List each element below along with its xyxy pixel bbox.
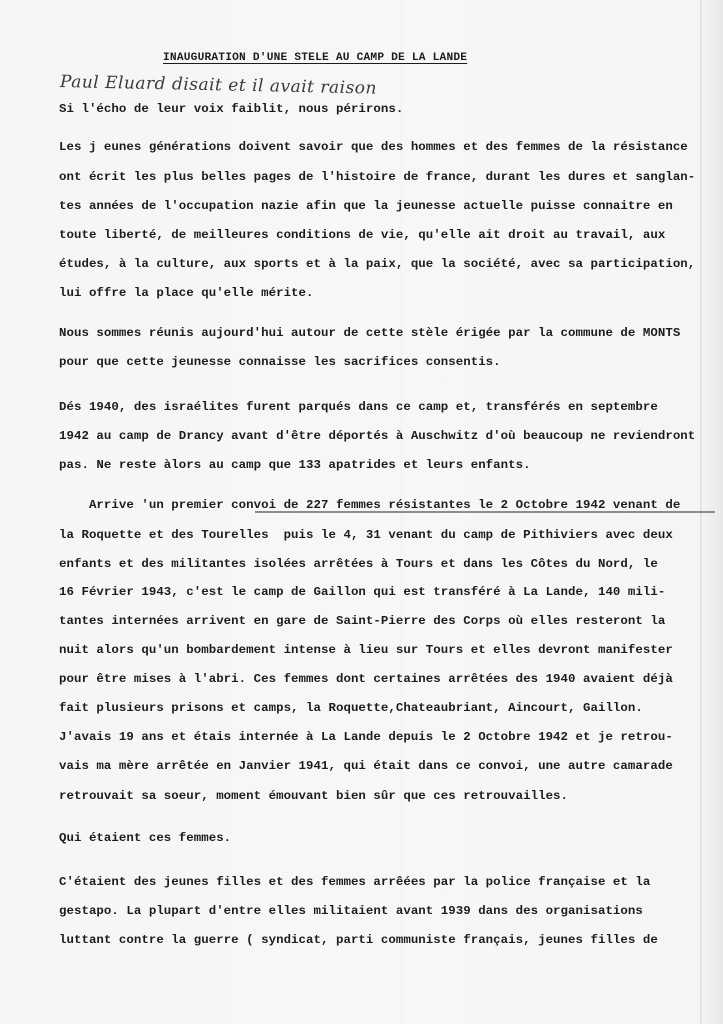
text-line: Si l'écho de leur voix faiblit, nous pér… [59,102,403,116]
text-line: tes années de l'occupation nazie afin qu… [59,199,673,213]
text-line: nuit alors qu'un bombardement intense à … [59,643,673,657]
strikethrough-mark [255,511,715,513]
text-line: Qui étaient ces femmes. [59,831,231,845]
text-line: retrouvait sa soeur, moment émouvant bie… [59,789,568,803]
text-line: 1942 au camp de Drancy avant d'être dépo… [59,429,695,443]
text-line: Dés 1940, des israélites furent parqués … [59,400,658,414]
text-line: J'avais 19 ans et étais internée à La La… [59,730,673,744]
text-line: fait plusieurs prisons et camps, la Roqu… [59,701,643,715]
text-line: tantes internées arrivent en gare de Sai… [59,614,665,628]
text-line: Les j eunes générations doivent savoir q… [59,140,688,154]
text-line: 16 Février 1943, c'est le camp de Gaillo… [59,585,665,599]
text-line: ont écrit les plus belles pages de l'his… [59,170,695,184]
text-line: pour être mises à l'abri. Ces femmes don… [59,672,673,686]
text-line: la Roquette et des Tourelles puis le 4, … [59,528,673,542]
text-line: lui offre la place qu'elle mérite. [59,286,314,300]
handwritten-annotation: Paul Eluard disait et il avait raison [60,72,377,99]
typed-page: INAUGURATION D'UNE STELE AU CAMP DE LA L… [0,0,723,1024]
text-line: pour que cette jeunesse connaisse les sa… [59,355,501,369]
text-line: pas. Ne reste àlors au camp que 133 apat… [59,458,531,472]
text-line: toute liberté, de meilleures conditions … [59,228,665,242]
document-title: INAUGURATION D'UNE STELE AU CAMP DE LA L… [163,52,467,64]
text-line: enfants et des militantes isolées arrêté… [59,557,658,571]
text-line: Nous sommes réunis aujourd'hui autour de… [59,326,680,340]
text-line: vais ma mère arrêtée en Janvier 1941, qu… [59,759,673,773]
text-line: Arrive 'un premier convoi de 227 femmes … [59,498,680,512]
text-line: gestapo. La plupart d'entre elles milita… [59,904,643,918]
text-line: C'étaient des jeunes filles et des femme… [59,875,650,889]
text-line: luttant contre la guerre ( syndicat, par… [59,933,658,947]
text-line: études, à la culture, aux sports et à la… [59,257,695,271]
